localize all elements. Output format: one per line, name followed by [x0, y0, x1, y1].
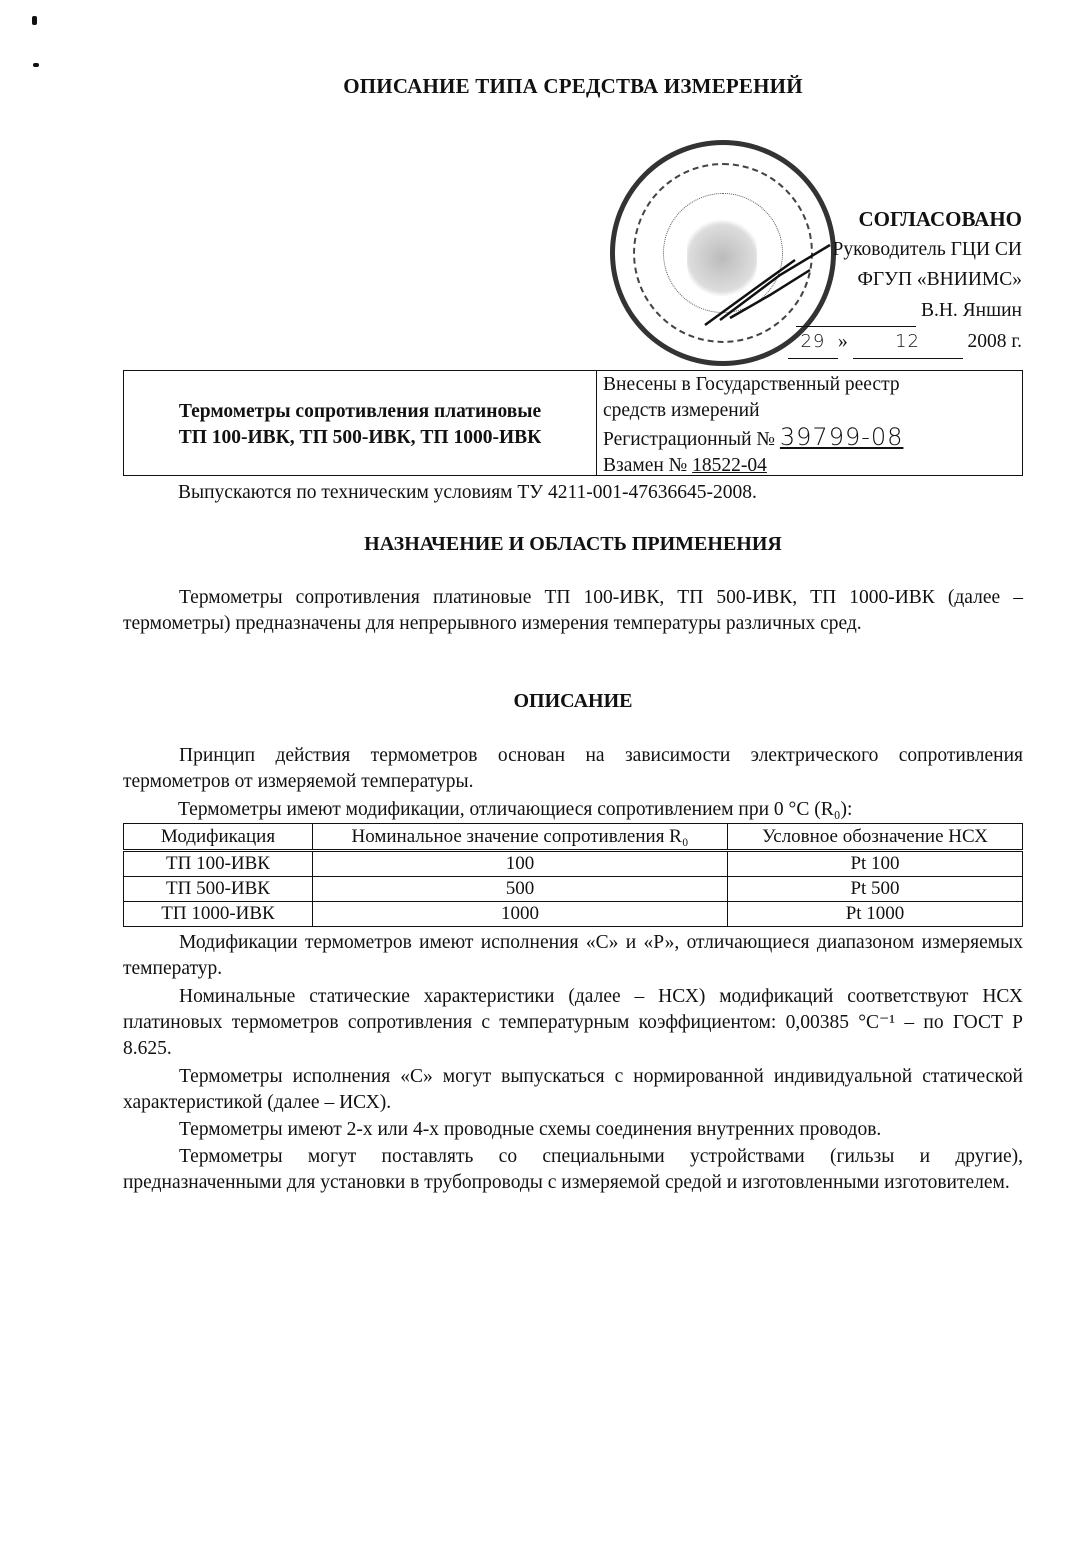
table-row: ТП 500-ИВК 500 Pt 500	[124, 877, 1023, 902]
section-title-purpose: НАЗНАЧЕНИЕ И ОБЛАСТЬ ПРИМЕНЕНИЯ	[0, 533, 1086, 556]
principle-paragraph: Принцип действия термометров основан на …	[123, 743, 1023, 795]
body-paragraph: Термометры исполнения «С» могут выпускат…	[123, 1064, 1023, 1116]
body-paragraph: Номинальные статические характеристики (…	[123, 984, 1023, 1062]
tu-line: Выпускаются по техническим условиям ТУ 4…	[178, 480, 1028, 506]
replaces-number: Взамен № 18522-04	[603, 453, 903, 479]
document-title: ОПИСАНИЕ ТИПА СРЕДСТВА ИЗМЕРЕНИЙ	[0, 74, 1086, 99]
signature-line	[796, 296, 916, 328]
date-month: 12	[853, 327, 963, 359]
registry-info-box: Термометры сопротивления платиновые ТП 1…	[123, 370, 1023, 476]
table-row: ТП 100-ИВК 100 Pt 100	[124, 851, 1023, 877]
purpose-paragraph: Термометры сопротивления платиновые ТП 1…	[123, 585, 1023, 637]
body-paragraph: Модификации термометров имеют исполнения…	[123, 930, 1023, 982]
scan-speck	[33, 63, 39, 67]
column-header: Номинальное значение сопротивления R₀	[313, 824, 728, 851]
body-paragraph: Термометры могут поставлять со специальн…	[123, 1144, 1023, 1196]
column-header: Условное обозначение НСХ	[728, 824, 1023, 851]
table-row: ТП 1000-ИВК 1000 Pt 1000	[124, 902, 1023, 927]
approval-organization: ФГУП «ВНИИМС»	[788, 265, 1022, 296]
registration-number: Регистрационный № 39799-08	[603, 424, 903, 453]
section-title-description: ОПИСАНИЕ	[0, 690, 1086, 713]
date-day: 29	[788, 327, 838, 359]
approval-position: Руководитель ГЦИ СИ	[788, 235, 1022, 266]
body-paragraph: Термометры имеют 2-х или 4-х проводные с…	[123, 1117, 1023, 1143]
column-header: Модификация	[124, 824, 313, 851]
approval-signatory: В.Н. Яншин	[788, 296, 1022, 328]
scan-speck	[32, 16, 37, 25]
table-intro: Термометры имеют модификации, отличающие…	[178, 797, 1028, 823]
approval-heading: СОГЛАСОВАНО	[788, 204, 1022, 235]
approval-date: 29» 12 2008 г.	[788, 327, 1022, 359]
modifications-table: Модификация Номинальное значение сопроти…	[123, 823, 1023, 927]
product-name-cell: Термометры сопротивления платиновые ТП 1…	[124, 371, 597, 475]
approval-block: СОГЛАСОВАНО Руководитель ГЦИ СИ ФГУП «ВН…	[788, 204, 1022, 359]
registry-cell: Внесены в Государственный реестр средств…	[597, 371, 903, 475]
